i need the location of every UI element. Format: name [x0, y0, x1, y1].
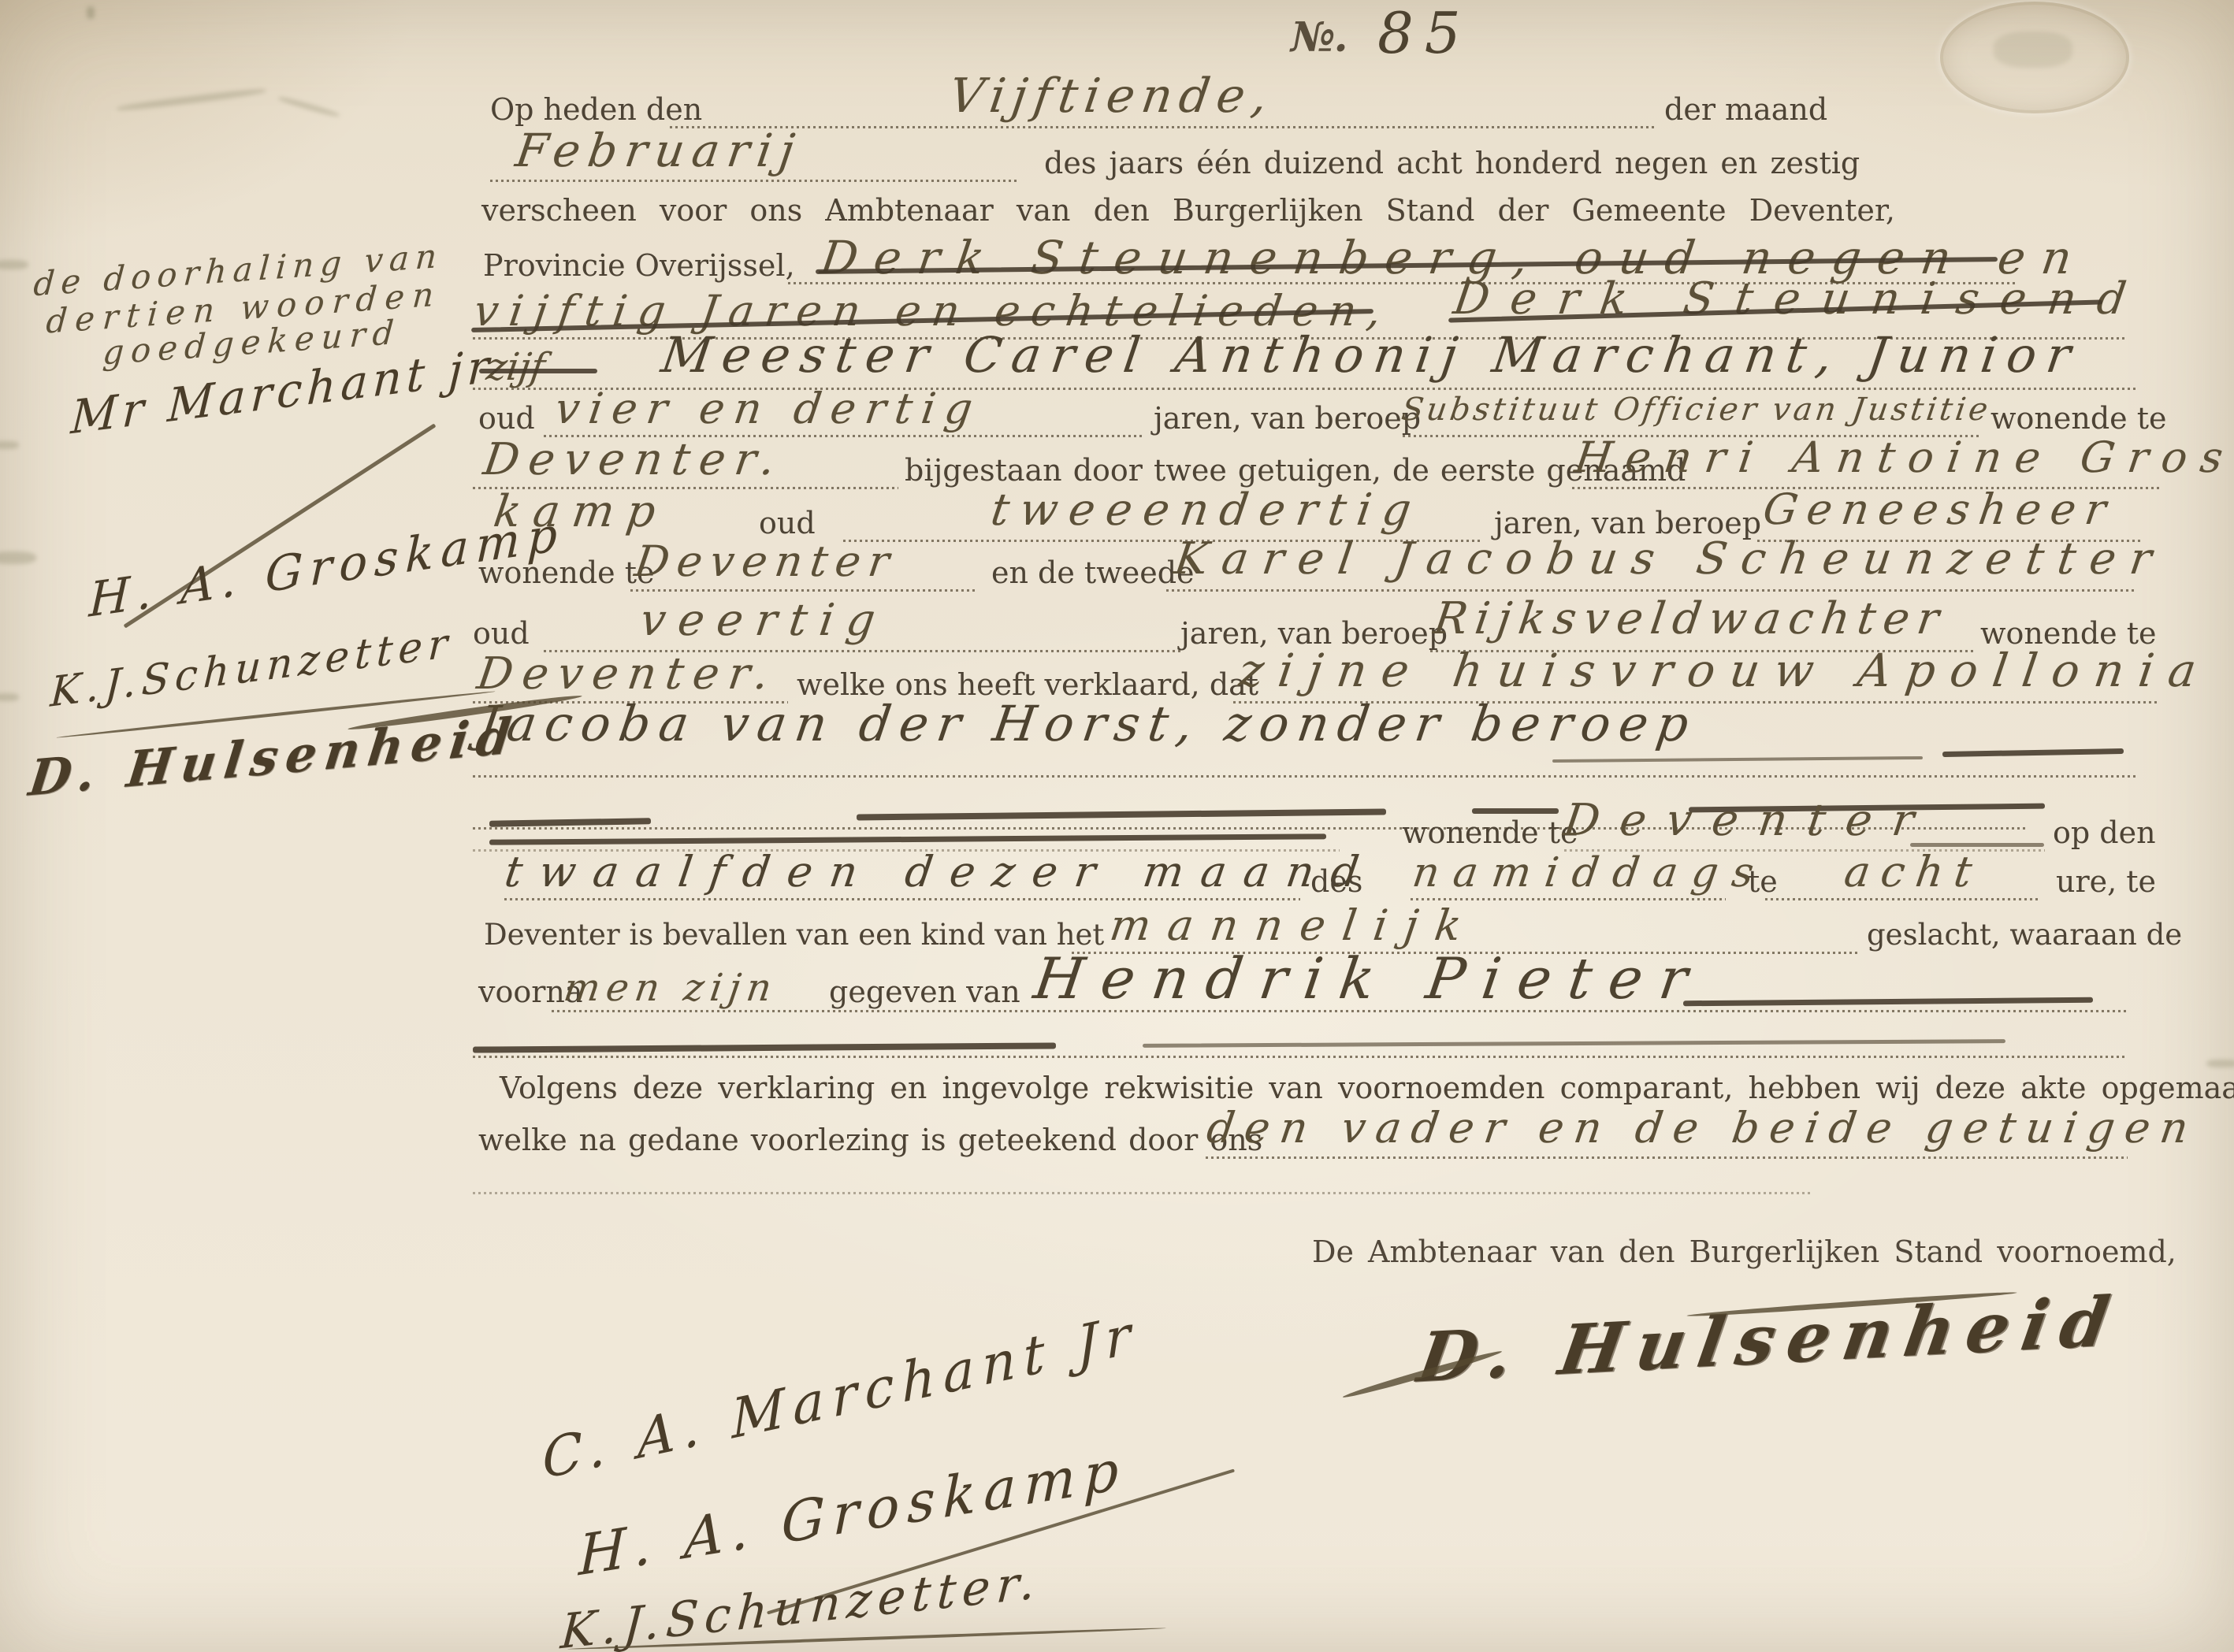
- bleedthrough-mark: [0, 693, 19, 701]
- dotted-line: [630, 589, 977, 592]
- bleedthrough-mark: [0, 260, 28, 269]
- printed-text: te: [1748, 867, 1778, 897]
- seal-inner-mark: [1994, 32, 2072, 68]
- dotted-line: [473, 775, 2135, 778]
- dotted-line: [552, 1010, 2128, 1012]
- printed-text: bijgestaan door twee getuigen, de eerste…: [905, 455, 1686, 485]
- handwritten-witness1-age: tweeendertig: [988, 488, 1425, 533]
- bleedthrough-mark: [87, 6, 95, 19]
- handwritten-day: Vijftiende,: [946, 72, 1277, 120]
- handwritten-names-word: men zijn: [562, 969, 780, 1007]
- record-number-value: 85: [1377, 5, 1472, 61]
- officer-title-line: De Ambtenaar van den Burgerlijken Stand …: [1312, 1237, 2176, 1267]
- dotted-line: [473, 1056, 2128, 1058]
- handwritten-witness1-occupation: Geneesheer: [1760, 488, 2118, 531]
- dotted-line: [473, 1192, 1812, 1194]
- dash-fill: [1143, 1039, 2005, 1048]
- handwritten-witness2-name: Karel Jacobus Scheunzetter: [1172, 537, 2169, 581]
- printed-text: wonende te: [1991, 403, 2167, 433]
- dash-fill: [1942, 748, 2124, 757]
- printed-text: Deventer is bevallen van een kind van he…: [484, 920, 1104, 949]
- dotted-line: [670, 126, 1655, 128]
- strike-bar: [479, 369, 597, 373]
- handwritten-witness2-occupation: Rijksveldwachter: [1431, 597, 1950, 641]
- handwritten-mother-name-cont: Jacoba van der Horst, zonder beroep: [476, 700, 1701, 748]
- dash-fill: [1552, 756, 1923, 763]
- printed-text: Op heden den: [490, 95, 702, 124]
- handwritten-residence: Deventer.: [474, 652, 781, 696]
- margin-witness2-signature: K.J.Schunzetter: [50, 622, 454, 713]
- handwritten-residence: Deventer: [632, 540, 900, 583]
- dotted-line: [1206, 1156, 2128, 1159]
- printed-text: Provincie Overijssel,: [483, 251, 795, 280]
- dotted-line: [490, 180, 1018, 182]
- margin-witness1-signature: H. A. Groskamp: [88, 510, 565, 625]
- handwritten-signers-note: den vader en de beide getuigen: [1204, 1107, 2201, 1149]
- dash-fill: [857, 808, 1386, 820]
- handwritten-month: Februarij: [513, 128, 805, 173]
- bleedthrough-mark: [0, 551, 36, 564]
- printed-text: jaren, van beroep: [1154, 403, 1421, 433]
- printed-text: oud: [759, 508, 816, 538]
- handwritten-birth-day: twaalfden dezer maand: [502, 851, 1378, 893]
- handwritten-father-name: Meester Carel Anthonij Marchant, Junior: [659, 331, 2084, 380]
- printed-text: welke na gedane voorlezing is geteekend …: [478, 1125, 1262, 1155]
- bleedthrough-mark: [278, 95, 340, 118]
- handwritten-mother-name: zijne huisvrouw Apollonia: [1236, 648, 2214, 693]
- printed-text: oud: [478, 403, 535, 433]
- handwritten-father-age: vier en dertig: [552, 388, 984, 430]
- birth-record-scan: №. 85 Op heden den Vijftiende, der maand…: [0, 0, 2234, 1652]
- handwritten-residence: Deventer: [1561, 799, 1937, 843]
- printed-text: Volgens deze verklaring en ingevolge rek…: [500, 1073, 2234, 1103]
- bleedthrough-mark: [2206, 1060, 2234, 1067]
- printed-text: ure, te: [2056, 867, 2156, 897]
- dotted-line: [1765, 898, 2041, 900]
- dotted-line: [1166, 589, 2135, 592]
- printed-text: des jaars één duizend acht honderd negen…: [1044, 148, 1860, 178]
- printed-text: gegeven van: [829, 977, 1020, 1007]
- printed-text: geslacht, waaraan de: [1867, 920, 2182, 949]
- margin-officer-signature: D. Hulsenheid: [26, 711, 521, 803]
- bleedthrough-mark: [0, 441, 19, 449]
- handwritten-father-occupation: Substituut Officier van Justitie: [1400, 394, 1993, 425]
- handwritten-child-names: Hendrik Pieter: [1031, 950, 1708, 1007]
- printed-text: oud: [473, 618, 530, 648]
- printed-text: verscheen voor ons Ambtenaar van den Bur…: [481, 195, 1895, 225]
- printed-text: des: [1310, 867, 1362, 897]
- handwritten-daypart: namiddags: [1410, 852, 1770, 893]
- printed-text: wonende te: [1402, 818, 1578, 848]
- handwritten-witness1-name: Henri Antoine Gros: [1572, 436, 2234, 479]
- bleedthrough-mark: [117, 87, 266, 112]
- dash-fill: [1472, 808, 1559, 814]
- dash-fill: [473, 1042, 1056, 1052]
- printed-text: op den: [2053, 818, 2156, 848]
- handwritten-residence: Deventer.: [481, 438, 787, 482]
- printed-text: en de tweede: [991, 558, 1195, 588]
- dash-fill: [1683, 997, 2093, 1007]
- dash-fill: [489, 818, 651, 827]
- handwritten-gender: mannelijk: [1107, 904, 1481, 947]
- officer-signature: D. Hulsenheid: [1414, 1287, 2126, 1392]
- handwritten-witness2-age: veertig: [637, 599, 890, 643]
- dash-fill: [489, 833, 1326, 845]
- record-number-label: №.: [1291, 17, 1347, 58]
- handwritten-hour: acht: [1842, 851, 1986, 893]
- printed-text: der maand: [1664, 95, 1827, 124]
